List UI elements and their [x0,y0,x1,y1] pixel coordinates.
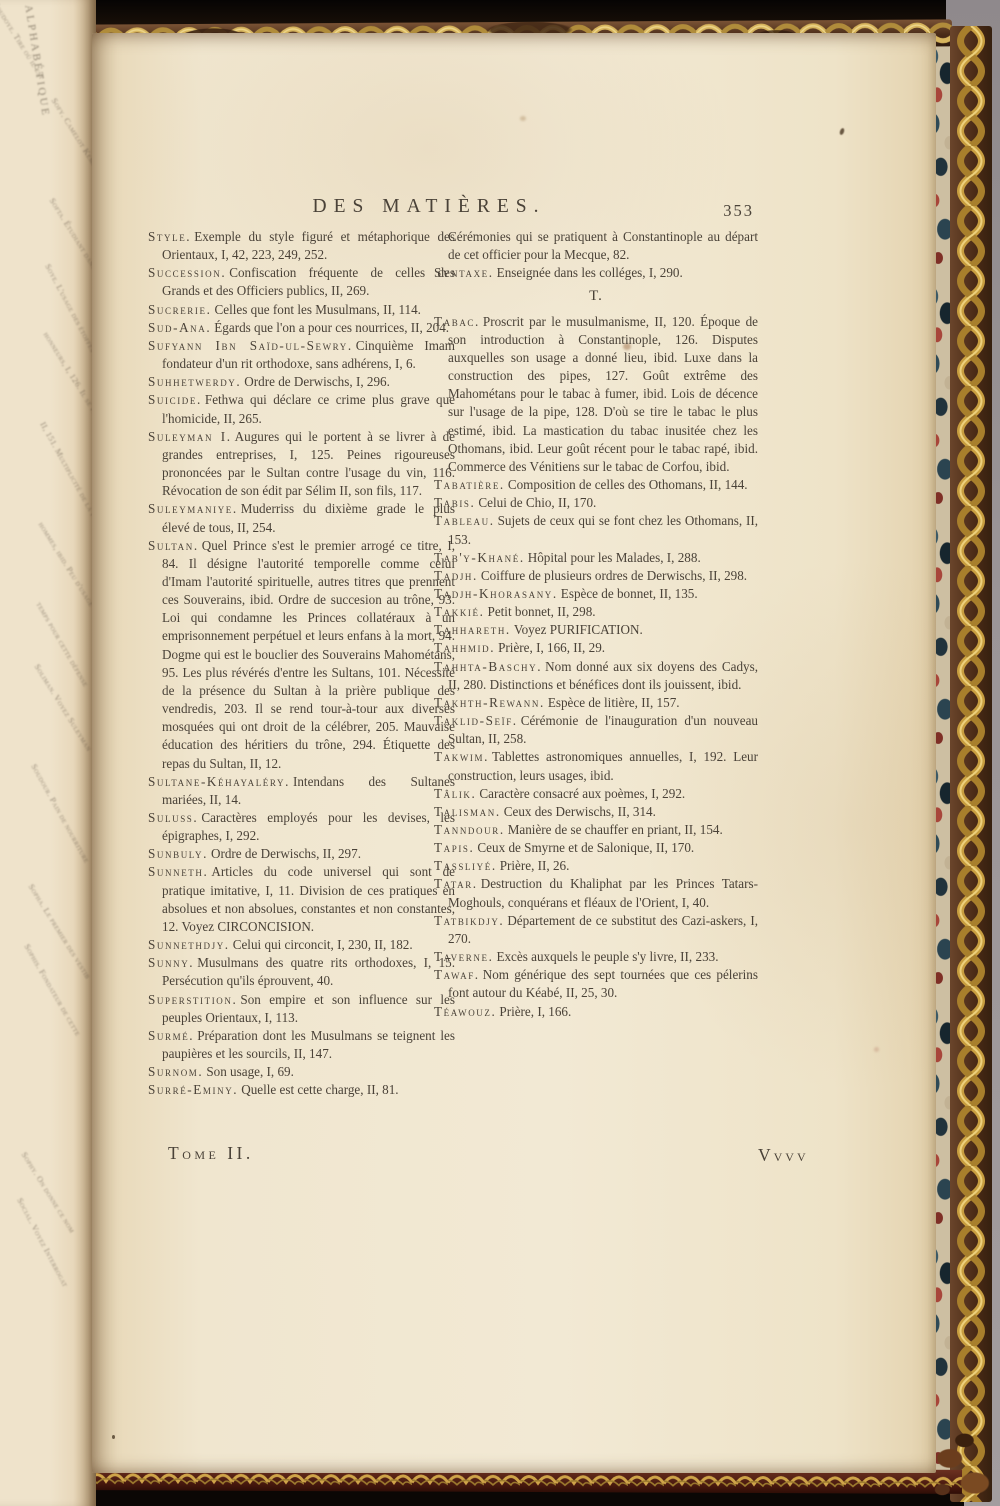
index-entry: Sunneth.Articles du code universel qui s… [148,863,455,936]
index-entry-text: Musulmans des quatre rits orthodoxes, I,… [162,955,455,988]
index-entry-text: Celui qui circoncit, I, 230, II, 182. [233,937,413,952]
index-entry-text: Voyez PURIFICATION. [514,622,643,637]
index-headword: Tableau. [434,513,495,528]
index-headword: Takwim. [434,749,489,764]
index-entry-text: Caractère consacré aux poèmes, I, 292. [479,786,685,801]
index-entry: Surmé.Préparation dont les Musulmans se … [148,1027,455,1063]
facing-page-text-fragment: hommes, ibid. Peu d'usage [37,520,96,608]
index-entry: Tableau.Sujets de ceux qui se font chez … [434,512,758,548]
index-headword: Tabis. [434,495,475,510]
foxing-spot [874,1047,879,1052]
index-entry-text: Composition de celles des Othomans, II, … [508,477,748,492]
index-entry-text: Coiffure de plusieurs ordres de Derwisch… [481,568,747,583]
index-headword: Takhth-Rewann. [434,695,545,710]
index-entry: Tapis.Ceux de Smyrne et de Salonique, II… [434,839,758,857]
index-entry-text: Celui de Chio, II, 170. [478,495,596,510]
index-entry: Tahhmid.Prière, I, 166, II, 29. [434,639,758,657]
index-headword: Taklid-Seïf. [434,713,518,728]
index-entry: Tahhta-Baschy.Nom donné aux six doyens d… [434,658,758,694]
foxing-spot [520,116,526,121]
index-headword: Tahhta-Baschy. [434,659,542,674]
index-headword: Surnom. [148,1064,203,1079]
index-headword: Tanndour. [434,822,505,837]
index-entry: Sunnethdjy.Celui qui circoncit, I, 230, … [148,936,455,954]
index-entry-text: Cérémonies qui se pratiquent à Constanti… [448,229,758,262]
running-title: DES MATIÈRES. [148,196,762,218]
index-entry: Tawaf.Nom générique des sept tournées qu… [434,966,758,1002]
foxing-spot [112,1435,115,1439]
index-headword: Sunny. [148,955,194,970]
index-entry-text: Destruction du Khaliphat par les Princes… [448,876,758,909]
signature-gathering: Vvvv [758,1145,809,1166]
index-page: DES MATIÈRES. 353 Style.Exemple du style… [92,33,936,1473]
index-headword: Tassliyé. [434,858,497,873]
book-photo: ALPHABÉTIQUE Sofy. Camelot Kempire, II S… [0,0,1000,1506]
index-headword: Sultan. [148,538,199,553]
index-entry: Sufyann Ibn Saïd-ul-Sewry.Cinquième Imam… [148,337,455,373]
index-headword: Tadjh-Khorasany. [434,586,558,601]
index-headword: Sunnethdjy. [148,937,230,952]
index-headword: Succession. [148,265,226,280]
binding-gilt-border-right [950,26,992,1502]
index-entry: Surré-Eminy.Quelle est cette charge, II,… [148,1081,455,1099]
index-headword: Style. [148,229,191,244]
index-headword: Tâlik. [434,786,476,801]
facing-page-text-fragment: II, 151. Multiplicité de la f [38,420,96,519]
index-headword: Tahhareth. [434,622,511,637]
index-entry-text: Espèce de bonnet, II, 135. [561,586,698,601]
index-headword: Talisman. [434,804,501,819]
index-headword: Sunbuly. [148,846,208,861]
index-headword: Tabac. [434,314,480,329]
index-entry: Sunbuly.Ordre de Derwischs, II, 297. [148,845,455,863]
index-entry: Suicide.Fethwa qui déclare ce crime plus… [148,391,455,427]
index-headword: Suluss. [148,810,198,825]
index-entry-text: Tablettes astronomiques annuelles, I, 19… [448,749,758,782]
facing-page-edge: ALPHABÉTIQUE Sofy. Camelot Kempire, II S… [0,0,96,1506]
index-entry-text: Prière, II, 26. [500,858,570,873]
index-headword: Superstition. [148,992,237,1007]
index-entry: Tâlik.Caractère consacré aux poèmes, I, … [434,785,758,803]
facing-page-text-fragment: Soudour. Pain de nourriture [29,762,92,865]
index-entry-text: Prière, I, 166. [499,1004,571,1019]
index-entry-text: Préparation dont les Musulmans se teigne… [162,1028,455,1061]
index-entry: Tadjh.Coiffure de plusieurs ordres de De… [434,567,758,585]
index-entry-text: Ordre de Derwischs, II, 297. [211,846,361,861]
index-headword: Suleyman I. [148,429,232,444]
index-headword: Tahhmid. [434,640,495,655]
index-headword: Tab'y-Khané. [434,550,525,565]
index-entry-text: Caractères employés pour les devises, le… [162,810,455,843]
index-entry: Suhhetwerdy.Ordre de Derwischs, I, 296. [148,373,455,391]
index-entry-text: Proscrit par le musulmanisme, II, 120. É… [448,314,758,474]
index-column-right: Cérémonies qui se pratiquent à Constanti… [434,228,758,1021]
index-entry-text: Hôpital pour les Malades, I, 288. [528,550,701,565]
index-entry: Takkié.Petit bonnet, II, 298. [434,603,758,621]
index-entry-text: Quel Prince s'est le premier arrogé ce t… [162,538,455,771]
index-headword: Tatar. [434,876,478,891]
index-entry: Sultane-Kéhayaléry.Intendans des Sultane… [148,773,455,809]
index-entry: Style.Exemple du style figuré et métapho… [148,228,455,264]
index-entry-text: Espèce de litière, II, 157. [548,695,680,710]
index-entry-text: Égards que l'on a pour ces nourrices, II… [214,320,449,335]
index-entry-text: Manière de se chauffer en priant, II, 15… [508,822,723,837]
index-headword: Surré-Eminy. [148,1082,238,1097]
index-headword: Taverne. [434,949,493,964]
index-entry-text: Ceux de Smyrne et de Salonique, II, 170. [477,840,694,855]
index-headword: Tadjh. [434,568,478,583]
index-entry: Suleyman I.Augures qui le portent à se l… [148,428,455,501]
index-entry-text: Exemple du style figuré et métaphorique … [162,229,455,262]
index-entry: Succession.Confiscation fréquente de cel… [148,264,455,300]
index-entry: Sultan.Quel Prince s'est le premier arro… [148,537,455,773]
page-number: 353 [723,201,754,221]
index-entry: Takwim.Tablettes astronomiques annuelles… [434,748,758,784]
index-entry-text: Ceux des Derwischs, II, 314. [504,804,656,819]
index-entry: Téawouz.Prière, I, 166. [434,1003,758,1021]
index-entry-text: Excès auxquels le peuple s'y livre, II, … [496,949,718,964]
index-entry: Tanndour.Manière de se chauffer en prian… [434,821,758,839]
index-entry: Takhth-Rewann.Espèce de litière, II, 157… [434,694,758,712]
binding-corner-bottom-right [926,1424,1000,1506]
index-entry-text: Son usage, I, 69. [206,1064,294,1079]
index-headword: Suhhetwerdy. [148,374,241,389]
index-entry-text: Prière, I, 166, II, 29. [498,640,605,655]
gilt-rope-pattern [950,26,992,1502]
index-entry-text: Fethwa qui déclare ce crime plus grave q… [162,392,455,425]
index-headword: Tabatière. [434,477,505,492]
index-headword: Takkié. [434,604,485,619]
index-entry: Surnom.Son usage, I, 69. [148,1063,455,1081]
index-entry: Tahhareth.Voyez PURIFICATION. [434,621,758,639]
index-entry-text: Quelle est cette charge, II, 81. [241,1082,398,1097]
index-entries-t: Tabac.Proscrit par le musulmanisme, II, … [434,313,758,1021]
index-entry-continuation: Cérémonies qui se pratiquent à Constanti… [434,228,758,264]
index-headword: Surmé. [148,1028,194,1043]
index-headword: Sunneth. [148,864,208,879]
index-headword: Sud-Ana. [148,320,211,335]
index-entry-text: Petit bonnet, II, 298. [488,604,596,619]
index-column-left: Style.Exemple du style figuré et métapho… [148,228,455,1100]
index-entry-text: Ordre de Derwischs, I, 296. [244,374,390,389]
index-entry: Tassliyé.Prière, II, 26. [434,857,758,875]
index-headword: Sultane-Kéhayaléry. [148,774,290,789]
index-entry: Tabac.Proscrit par le musulmanisme, II, … [434,313,758,476]
index-entry: Sud-Ana.Égards que l'on a pour ces nourr… [148,319,455,337]
index-entry: Tabis.Celui de Chio, II, 170. [434,494,758,512]
index-entry: Taverne.Excès auxquels le peuple s'y liv… [434,948,758,966]
foxing-spot [839,128,845,136]
index-headword: Suicide. [148,392,202,407]
index-headword: Sucrerie. [148,302,212,317]
index-headword: Syntaxe. [434,265,494,280]
index-entry: Sunny.Musulmans des quatre rits orthodox… [148,954,455,990]
index-entry: Superstition.Son empire et son influence… [148,991,455,1027]
index-headword: Téawouz. [434,1004,496,1019]
index-entry: Syntaxe.Enseignée dans les colléges, I, … [434,264,758,282]
index-headword: Suleymaniye. [148,501,238,516]
signature-tome: Tome II. [168,1143,254,1164]
facing-page-text-fragment: Sofy. Camelot Kempire, II [50,96,96,188]
index-headword: Tawaf. [434,967,480,982]
index-entry: Tatbikdjy.Département de ce substitut de… [434,912,758,948]
index-entry: Tab'y-Khané.Hôpital pour les Malades, I,… [434,549,758,567]
index-entry: Tatar.Destruction du Khaliphat par les P… [434,875,758,911]
index-headword: Sufyann Ibn Saïd-ul-Sewry. [148,338,353,353]
index-entry-text: Nom générique des sept tournées que ces … [448,967,758,1000]
page-header: DES MATIÈRES. 353 [148,196,762,230]
index-entry: Sucrerie.Celles que font les Musulmans, … [148,301,455,319]
index-entry: Suleymaniye.Muderriss du dixième grade l… [148,500,455,536]
section-letter-heading: T. [434,287,758,305]
index-entry-text: Enseignée dans les colléges, I, 290. [497,265,683,280]
index-entry: Talisman.Ceux des Derwischs, II, 314. [434,803,758,821]
index-headword: Tatbikdjy. [434,913,504,928]
index-entry: Taklid-Seïf.Cérémonie de l'inauguration … [434,712,758,748]
index-entry-text: Celles que font les Musulmans, II, 114. [215,302,421,317]
index-entry: Tabatière.Composition de celles des Otho… [434,476,758,494]
index-entry: Tadjh-Khorasany.Espèce de bonnet, II, 13… [434,585,758,603]
index-entry: Suluss.Caractères employés pour les devi… [148,809,455,845]
index-headword: Tapis. [434,840,474,855]
